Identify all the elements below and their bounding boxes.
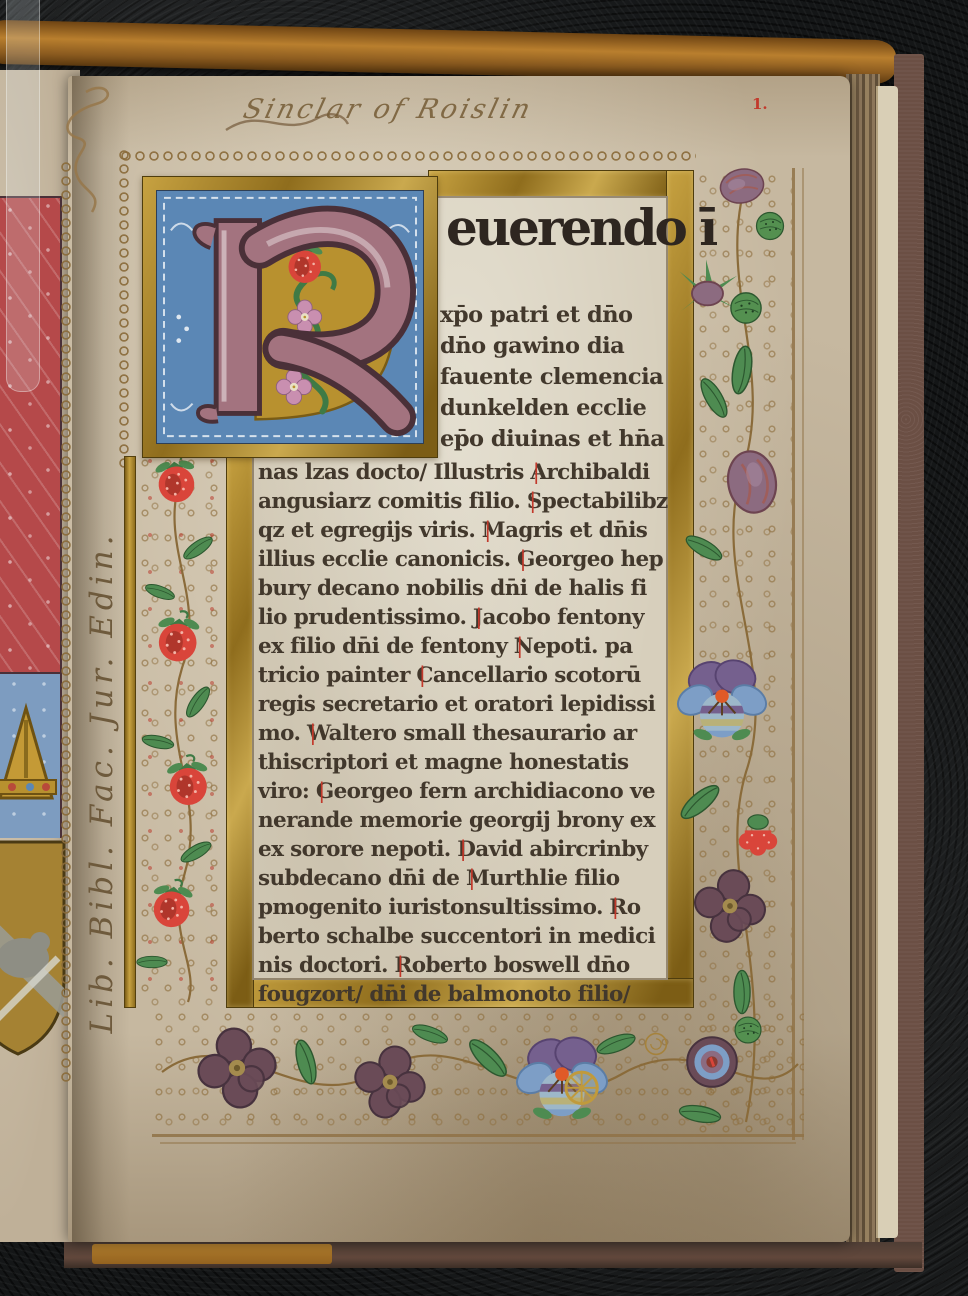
text-line: nas lzas docto/ Illustris |Archibaldi <box>258 458 666 487</box>
text-line: pmogenito iuristonsultissimo. |Ro <box>258 893 666 922</box>
text-line: angusiarz comitis filio. |Spectabilibz <box>258 487 666 516</box>
text-line: lio prudentissimo. |Jacobo fentony <box>258 603 666 632</box>
vine-penwork-right <box>696 172 792 1138</box>
text-line: ep̄o diuinas et hn̄a <box>440 424 666 455</box>
rubric-stroke: | <box>397 953 404 978</box>
folio-mark: 1. <box>752 95 768 113</box>
text-line: tricio painter |Cancellario scotorū <box>258 661 666 690</box>
illuminated-initial-R <box>156 190 424 444</box>
gold-frame-right <box>666 170 694 1008</box>
text-line: berto schalbe succentori in medici <box>258 922 666 951</box>
manuscript-photo: Sinclar of Roislin 1. Lib. Bibl. Fac. Ju… <box>0 0 968 1296</box>
text-line: ex filio dn̄i de fentony |Nepoti. pa <box>258 632 666 661</box>
text-line: regis secretario et oratori lepidissi <box>258 690 666 719</box>
border-rule-right-outer <box>802 168 804 1140</box>
text-line: dunkelden ecclie <box>440 393 666 424</box>
text-line: viro: |Georgeo fern archidiacono ve <box>258 777 666 806</box>
vine-penwork-left <box>138 456 226 1008</box>
border-rule-bottom-outer <box>160 1142 796 1144</box>
flyleaf-edge <box>876 86 898 1238</box>
rubric-stroke: | <box>419 663 426 688</box>
gold-bar-left <box>124 456 136 1008</box>
text-line: dn̄o gawino dia <box>440 331 666 362</box>
rubric-stroke: | <box>516 634 523 659</box>
plastic-clip <box>6 0 40 392</box>
text-line: nis doctori. |Roberto boswell dn̄o <box>258 951 666 980</box>
text-block-main: nas lzas docto/ Illustris |Archibaldiang… <box>258 458 666 1009</box>
rubric-stroke: | <box>460 837 467 862</box>
text-line: fougzort/ dn̄i de balmonoto filio/ <box>258 980 666 1009</box>
spine-bottom-corner <box>92 1244 332 1264</box>
illuminated-initial-frame <box>142 176 438 458</box>
book-spine-top-edge <box>0 20 896 85</box>
rubric-stroke: | <box>612 895 619 920</box>
rubric-stroke: | <box>468 866 475 891</box>
text-line: ex sorore nepoti. |David abircrinby <box>258 835 666 864</box>
chain-penwork-top <box>118 148 696 164</box>
rubric-stroke: | <box>529 489 536 514</box>
text-line: subdecano dn̄i de |Murthlie filio <box>258 864 666 893</box>
text-line: xp̄o patri et dn̄o <box>440 300 666 331</box>
mitre-icon <box>0 680 62 830</box>
rubric-stroke: | <box>309 721 316 746</box>
text-line: mo. |Waltero small thesaurario ar <box>258 719 666 748</box>
text-column-beside-initial: xp̄o patri et dn̄odn̄o gawino diafauente… <box>440 300 666 455</box>
border-rule-right <box>792 168 795 1140</box>
text-line: qz et egregijs viris. |Magris et dn̄is <box>258 516 666 545</box>
gold-frame-left <box>226 446 254 1008</box>
book-cover-right-edge <box>894 54 924 1272</box>
text-line: illius ecclie canonicis. |Georgeo hep <box>258 545 666 574</box>
display-line: euerendo ī <box>446 198 676 257</box>
facing-illumination-blue-panel <box>0 674 62 838</box>
rubric-stroke: | <box>475 605 482 630</box>
text-line: thiscriptori et magne honestatis <box>258 748 666 777</box>
pen-trial-flourish <box>52 80 152 220</box>
text-line: nerande memorie georgij brony ex <box>258 806 666 835</box>
initial-R-artwork <box>157 191 423 443</box>
rubric-stroke: | <box>533 460 540 485</box>
owner-inscription: Sinclar of Roislin <box>240 94 808 125</box>
vine-penwork-bottom <box>152 1010 804 1134</box>
text-line: fauente clemencia <box>440 362 666 393</box>
rubric-stroke: | <box>318 779 325 804</box>
rubric-stroke: | <box>484 518 491 543</box>
page-stack-edges <box>846 74 880 1242</box>
rubric-stroke: | <box>519 547 526 572</box>
library-inscription: Lib. Bibl. Fac. Jur. Edin. <box>84 531 120 1034</box>
text-line: bury decano nobilis dn̄i de halis fi <box>258 574 666 603</box>
facing-chain-penwork <box>58 160 74 1086</box>
gold-frame-top <box>428 170 694 198</box>
